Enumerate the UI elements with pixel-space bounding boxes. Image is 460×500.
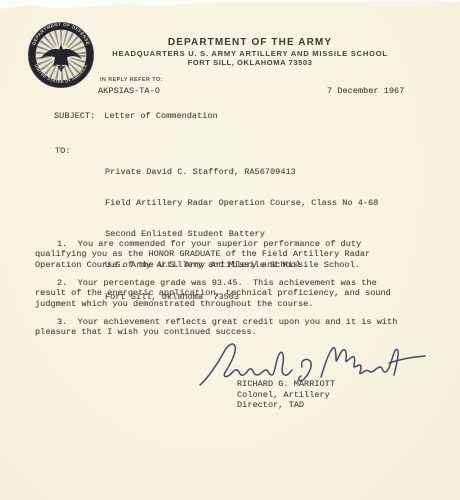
subject-value: Letter of Commendation xyxy=(104,111,217,121)
reference-code: AKPSIAS-TA-O xyxy=(98,86,160,96)
subject-label: SUBJECT: xyxy=(54,111,95,121)
signatory-name: RICHARD G. MARRIOTT xyxy=(237,379,335,389)
signatory-title: Director, TAD xyxy=(237,400,304,410)
recipient-line: Field Artillery Radar Operation Course, … xyxy=(105,198,435,208)
letterhead-subtitle: HEADQUARTERS U. S. ARMY ARTILLERY AND MI… xyxy=(90,49,410,58)
reply-refer-label: IN REPLY REFER TO: xyxy=(100,77,163,83)
letterhead-title: DEPARTMENT OF THE ARMY xyxy=(120,37,380,48)
subject-line: SUBJECT:Letter of Commendation xyxy=(54,111,218,121)
to-label: TO: xyxy=(55,146,70,156)
letterhead-address: FORT SILL, OKLAHOMA 73503 xyxy=(120,58,380,67)
paper-torn-edge xyxy=(0,0,232,10)
recipient-line: Private David C. Stafford, RA56709413 xyxy=(105,167,435,177)
letter-date: 7 December 1967 xyxy=(327,86,404,96)
letter-scan: DEPARTMENT OF DEFENSE UNITED STATES OF A… xyxy=(0,0,460,500)
body-paragraph-1: 1. You are commended for your superior p… xyxy=(35,239,407,270)
signatory-rank: Colonel, Artillery xyxy=(237,390,330,400)
dod-seal: DEPARTMENT OF DEFENSE UNITED STATES OF A… xyxy=(28,22,94,88)
body-paragraph-3: 3. Your achievement reflects great credi… xyxy=(35,317,407,338)
body-paragraph-2: 2. Your percentage grade was 93.45. This… xyxy=(35,278,407,309)
